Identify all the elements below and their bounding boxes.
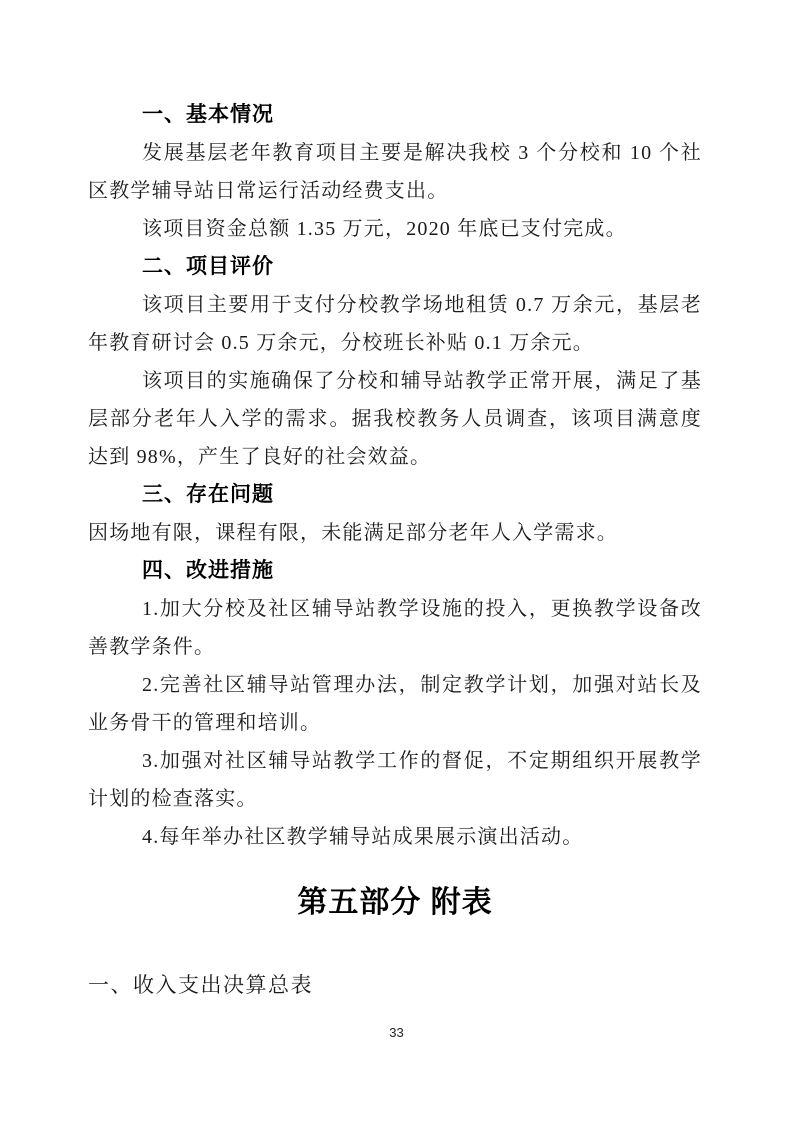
report-content: 一、基本情况 发展基层老年教育项目主要是解决我校 3 个分校和 10 个社区教学… [88, 96, 702, 1004]
body-paragraph: 该项目的实施确保了分校和辅导站教学正常开展，满足了基层部分老年人入学的需求。据我… [88, 362, 702, 476]
body-paragraph: 该项目资金总额 1.35 万元，2020 年底已支付完成。 [88, 210, 702, 248]
part-five-title: 第五部分 附表 [88, 881, 702, 925]
page-number: 33 [389, 1025, 403, 1040]
body-paragraph: 该项目主要用于支付分校教学场地租赁 0.7 万余元，基层老年教育研讨会 0.5 … [88, 286, 702, 362]
body-paragraph: 1.加大分校及社区辅导站教学设施的投入，更换教学设备改善教学条件。 [88, 590, 702, 666]
body-paragraph: 3.加强对社区辅导站教学工作的督促，不定期组织开展教学计划的检查落实。 [88, 742, 702, 818]
body-paragraph: 发展基层老年教育项目主要是解决我校 3 个分校和 10 个社区教学辅导站日常运行… [88, 134, 702, 210]
section-heading-project-evaluation: 二、项目评价 [88, 248, 702, 286]
section-heading-basic-info: 一、基本情况 [88, 96, 702, 134]
appendix-list-item-1: 一、收入支出决算总表 [88, 966, 702, 1004]
body-paragraph: 2.完善社区辅导站管理办法，制定教学计划，加强对站长及业务骨干的管理和培训。 [88, 666, 702, 742]
section-heading-improvement-measures: 四、改进措施 [88, 552, 702, 590]
body-paragraph: 因场地有限，课程有限，未能满足部分老年人入学需求。 [88, 514, 702, 552]
document-page: 一、基本情况 发展基层老年教育项目主要是解决我校 3 个分校和 10 个社区教学… [0, 0, 793, 1122]
section-heading-problems: 三、存在问题 [88, 476, 702, 514]
body-paragraph: 4.每年举办社区教学辅导站成果展示演出活动。 [88, 818, 702, 856]
page-footer: 33 [0, 1026, 793, 1040]
